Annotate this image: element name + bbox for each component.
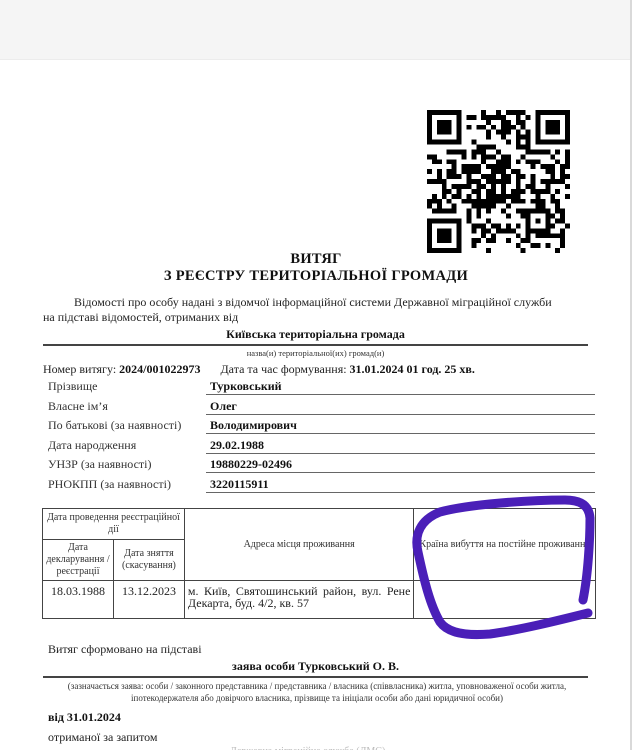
field-unzr: УНЗР (за наявності) 19880229-02496 [48, 455, 594, 475]
cut-off-text: Державна міграційна служба (ДМС) [230, 746, 385, 750]
received-label: отриманої за запитом [48, 730, 158, 745]
basis-value: заява особи Турковський О. В. [43, 659, 588, 678]
basis-date: від 31.01.2024 [48, 710, 121, 725]
basis-caption: (зазначається заява: особи / законного п… [43, 680, 591, 704]
table-header-row: Дата проведення реєстраційної дії Адреса… [43, 509, 596, 540]
field-label: Прізвище [48, 379, 97, 394]
field-value: 19880229-02496 [206, 457, 595, 473]
registration-table: Дата проведення реєстраційної дії Адреса… [42, 508, 596, 619]
formed-value: 31.01.2024 01 год. 25 хв. [350, 362, 475, 376]
header-registration-date-group: Дата проведення реєстраційної дії [43, 509, 185, 540]
intro-text: Відомості про особу надані з відомчої ін… [43, 295, 595, 325]
field-given-name: Власне ім’я Олег [48, 397, 594, 417]
intro-line-1: Відомості про особу надані з відомчої ін… [43, 295, 595, 310]
person-fields: Прізвище Турковський Власне ім’я Олег По… [48, 377, 594, 494]
document-subtitle: З РЕЄСТРУ ТЕРИТОРІАЛЬНОЇ ГРОМАДИ [0, 268, 632, 285]
community-caption: назва(и) територіальної(их) громад(и) [43, 348, 588, 358]
field-surname: Прізвище Турковський [48, 377, 594, 397]
field-patronymic: По батькові (за наявності) Володимирович [48, 416, 594, 436]
community-name: Київська територіальна громада [43, 327, 588, 346]
field-value: 29.02.1988 [206, 438, 595, 454]
basis-label: Витяг сформовано на підставі [48, 642, 202, 657]
field-rnokpp: РНОКПП (за наявності) 3220115911 [48, 475, 594, 495]
extract-number: 2024/001022973 [119, 362, 200, 376]
cell-country [414, 581, 596, 619]
field-value: Олег [206, 399, 595, 415]
viewer-top-bar [0, 0, 632, 60]
field-value: Турковський [206, 379, 595, 395]
extract-meta: Номер витягу: 2024/001022973 Дата та час… [43, 362, 475, 377]
qr-code-icon [427, 110, 570, 253]
formed-label: Дата та час формування: [221, 362, 347, 376]
cell-address: м. Київ, Святошинський район, вул. Рене … [184, 581, 413, 619]
table-row: 18.03.1988 13.12.2023 м. Київ, Святошинс… [43, 581, 596, 619]
field-label: УНЗР (за наявності) [48, 457, 151, 472]
intro-line-2: на підставі відомостей, отриманих від [43, 310, 595, 325]
field-label: Власне ім’я [48, 399, 108, 414]
cell-declared: 18.03.1988 [43, 581, 114, 619]
field-label: РНОКПП (за наявності) [48, 477, 171, 492]
header-removed-date: Дата зняття (скасування) [113, 540, 184, 581]
header-address: Адреса місця проживання [184, 509, 413, 581]
field-label: Дата народження [48, 438, 136, 453]
field-label: По батькові (за наявності) [48, 418, 181, 433]
cell-removed: 13.12.2023 [113, 581, 184, 619]
extract-number-label: Номер витягу: [43, 362, 116, 376]
field-value: Володимирович [206, 418, 595, 434]
document-title: ВИТЯГ [0, 251, 632, 268]
field-birth-date: Дата народження 29.02.1988 [48, 436, 594, 456]
header-declared-date: Дата декларування /реєстрації [43, 540, 114, 581]
field-value: 3220115911 [206, 477, 595, 493]
header-country: Країна вибуття на постійне проживання [414, 509, 596, 581]
